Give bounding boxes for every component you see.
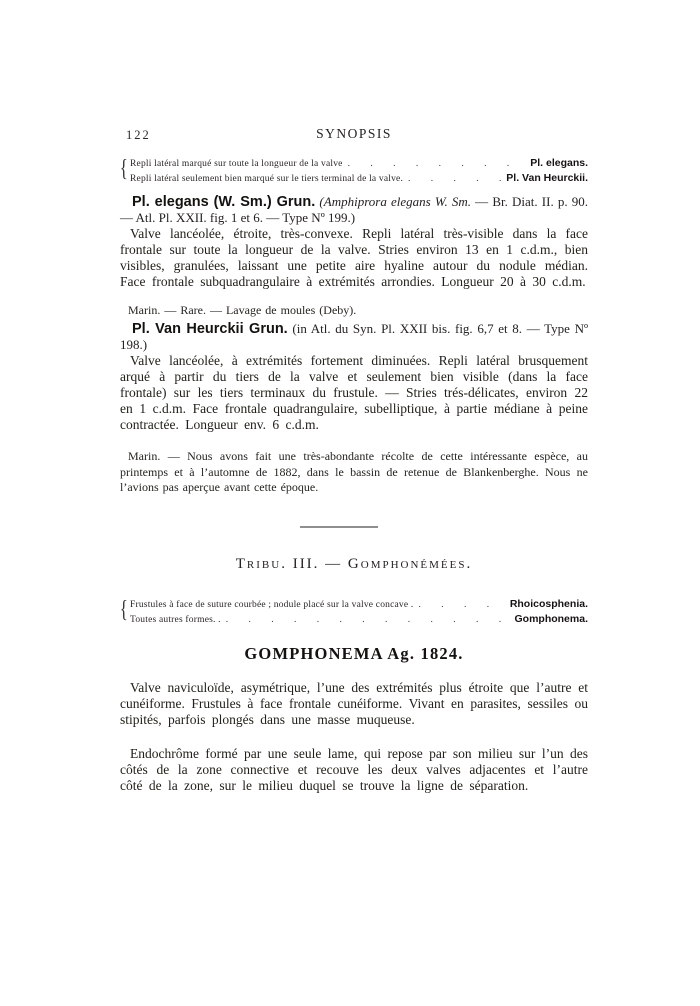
key-brace-glyph: { bbox=[120, 155, 128, 183]
species-name: Pl. Van Heurckii Grun. bbox=[132, 321, 288, 337]
habitat-note-elegans: Marin. — Rare. — Lavage de moules (Deby)… bbox=[120, 303, 588, 319]
species-description-van-heurckii: Valve lancéolée, à extrémités fortement … bbox=[120, 353, 588, 433]
genus-heading: GOMPHONEMA Ag. 1824. bbox=[120, 644, 588, 664]
species-heading-elegans: Pl. elegans (W. Sm.) Grun. (Amphiprora e… bbox=[120, 194, 588, 226]
key-row: Frustules à face de suture courbée ; nod… bbox=[130, 597, 588, 612]
leader-dots: . . . . . . . bbox=[418, 598, 504, 612]
species-name: Pl. elegans (W. Sm.) Grun. bbox=[132, 194, 315, 210]
text-block: 122 SYNOPSIS { Repli latéral marqué sur … bbox=[120, 0, 588, 1006]
dichotomous-key-gomphonemeae: { Frustules à face de suture courbée ; n… bbox=[120, 597, 588, 627]
species-description-elegans: Valve lancéolée, étroite, très-convexe. … bbox=[120, 226, 588, 290]
leader-dots: . . . . . . . . . . . . . . bbox=[348, 157, 526, 171]
dichotomous-key-plagiotropis: { Repli latéral marqué sur toute la long… bbox=[120, 156, 588, 186]
species-synonym: (Amphiprora elegans W. Sm. bbox=[315, 194, 471, 209]
leader-dots: . . . . . . . . . . . . . . . . . . . . … bbox=[226, 613, 510, 627]
key-rows: Repli latéral marqué sur toute la longue… bbox=[120, 156, 588, 186]
key-criterion: Toutes autres formes. . bbox=[130, 613, 221, 627]
section-divider bbox=[300, 526, 378, 528]
habitat-note-van-heurckii: Marin. — Nous avons fait une très-abonda… bbox=[120, 449, 588, 496]
key-row: Repli latéral marqué sur toute la longue… bbox=[130, 156, 588, 171]
tribe-heading: Tribu. III. — Gomphonémées. bbox=[120, 556, 588, 573]
genus-description-1: Valve naviculoïde, asymétrique, l’une de… bbox=[120, 680, 588, 728]
key-row: Repli latéral seulement bien marqué sur … bbox=[130, 171, 588, 186]
running-title: SYNOPSIS bbox=[120, 126, 588, 142]
book-page: 122 SYNOPSIS { Repli latéral marqué sur … bbox=[0, 0, 700, 1006]
key-result-taxon: Pl. Van Heurckii. bbox=[506, 171, 588, 185]
page-header: 122 SYNOPSIS bbox=[120, 126, 588, 144]
key-result-taxon: Pl. elegans. bbox=[530, 156, 588, 170]
key-criterion: Repli latéral marqué sur toute la longue… bbox=[130, 157, 343, 171]
key-criterion: Frustules à face de suture courbée ; nod… bbox=[130, 598, 413, 612]
genus-description-2: Endochrôme formé par une seule lame, qui… bbox=[120, 746, 588, 794]
key-brace-glyph: { bbox=[120, 596, 128, 624]
key-result-taxon: Rhoicosphenia. bbox=[510, 597, 588, 611]
key-row: Toutes autres formes. . . . . . . . . . … bbox=[130, 612, 588, 627]
leader-dots: . . . . . . . . . . bbox=[408, 172, 501, 186]
key-result-taxon: Gomphonema. bbox=[514, 612, 588, 626]
key-rows: Frustules à face de suture courbée ; nod… bbox=[120, 597, 588, 627]
species-heading-van-heurckii: Pl. Van Heurckii Grun. (in Atl. du Syn. … bbox=[120, 321, 588, 353]
key-criterion: Repli latéral seulement bien marqué sur … bbox=[130, 172, 403, 186]
